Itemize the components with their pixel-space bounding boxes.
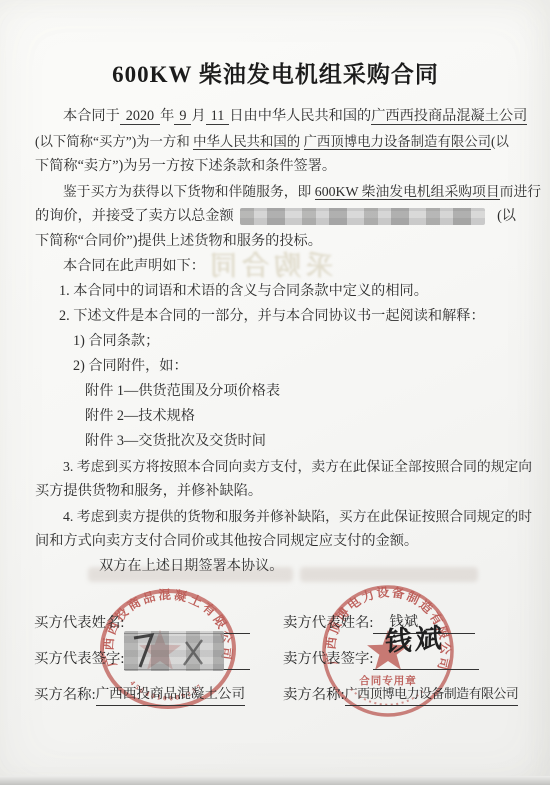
buyer-signature-ink-strokes <box>124 631 224 671</box>
contract-line-1: 本合同于2020年9月11日由中华人民共和国的广西西投商品混凝土公司 <box>35 104 516 129</box>
contract-body: 600KW 柴油发电机组采购合同 本合同于2020年9月11日由中华人民共和国的… <box>35 58 516 579</box>
clause-3-line-1: 3. 考虑到买方将按照本合同向卖方支付，卖方在此保证全部按照合同的规定向 <box>35 454 516 479</box>
amount-redaction-mosaic <box>240 208 485 225</box>
contract-line-5: 的询价，并接受了卖方以总金额(以 <box>35 204 516 229</box>
contract-line-6: 下简称“合同价”)提供上述货物和服务的投标。 <box>35 229 516 254</box>
seller-representative-signature-row: 卖方代表签字: 钱斌 <box>283 646 479 670</box>
buyer-representative-signature-row: 买方代表签字: <box>34 646 250 670</box>
annex-2: 附件 2—技术规格 <box>85 404 516 429</box>
project-name-underlined: 600KW 柴油发电机组采购项目 <box>315 184 500 200</box>
declaration-lead: 本合同在此声明如下： <box>35 254 516 279</box>
seller-company-name-row: 卖方名称: 广西顶博电力设备制造有限公司 <box>283 682 509 706</box>
contract-title: 600KW 柴油发电机组采购合同 <box>35 58 516 92</box>
seller-company-name: 广西顶博电力设备制造有限公司 <box>345 683 519 706</box>
seller-signature-line: 钱斌 <box>373 647 479 670</box>
annex-3: 附件 3—交货批次及交货时间 <box>85 429 516 454</box>
contract-line-2: (以下简称“买方”)为一方和 中华人民共和国的 广西顶博电力设备制造有限公司(以 <box>35 129 516 154</box>
buyer-signature-redaction-mosaic <box>124 631 224 671</box>
closing-line: 双方在上述日期签署本协议。 <box>99 554 516 579</box>
date-year-blank: 2020 <box>120 108 160 125</box>
country-underlined: 中华人民共和国的 <box>193 134 300 150</box>
buyer-company-name: 广西西投商品混凝土公司 <box>96 683 246 706</box>
seller-representative-name-row: 卖方代表姓名: 钱斌 <box>283 610 475 634</box>
date-month-blank: 9 <box>174 108 191 125</box>
seller-company-underlined: 广西顶博电力设备制造有限公司 <box>304 134 491 150</box>
seller-handwritten-signature: 钱斌 <box>385 628 446 654</box>
clause-1: 1. 本合同中的词语和术语的含义与合同条款中定义的相同。 <box>59 279 516 304</box>
scanned-contract-page: 采购合同 600KW 柴油发电机组采购合同 本合同于2020年9月11日由中华人… <box>0 0 550 785</box>
buyer-signature-line <box>124 647 250 670</box>
annex-1: 附件 1—供货范围及分项价格表 <box>85 379 516 404</box>
subclause-1: 1) 合同条款； <box>73 329 516 354</box>
subclause-2: 2) 合同附件，如： <box>73 354 516 379</box>
clause-3-line-2: 买方提供货物和服务，并修补缺陷。 <box>35 479 516 504</box>
buyer-company-name-row: 买方名称: 广西西投商品混凝土公司 <box>34 682 250 706</box>
clause-4-line-1: 4. 考虑到卖方提供的货物和服务并修补缺陷，买方在此保证按照合同规定的时 <box>35 504 516 529</box>
contract-line-4: 鉴于买方为获得以下货物和伴随服务，即 600KW 柴油发电机组采购项目而进行 <box>35 179 516 204</box>
clause-4-line-2: 间和方式向卖方支付合同价或其他按合同规定应支付的金额。 <box>35 529 516 554</box>
date-day-blank: 11 <box>206 108 230 125</box>
clause-2: 2. 下述文件是本合同的一部分，并与本合同协议书一起阅读和解释： <box>59 304 516 329</box>
buyer-company-underlined: 广西西投商品混凝土公司 <box>371 108 527 125</box>
contract-line-3: 下简称“卖方”)为另一方按下述条款和条件签署。 <box>35 154 516 179</box>
